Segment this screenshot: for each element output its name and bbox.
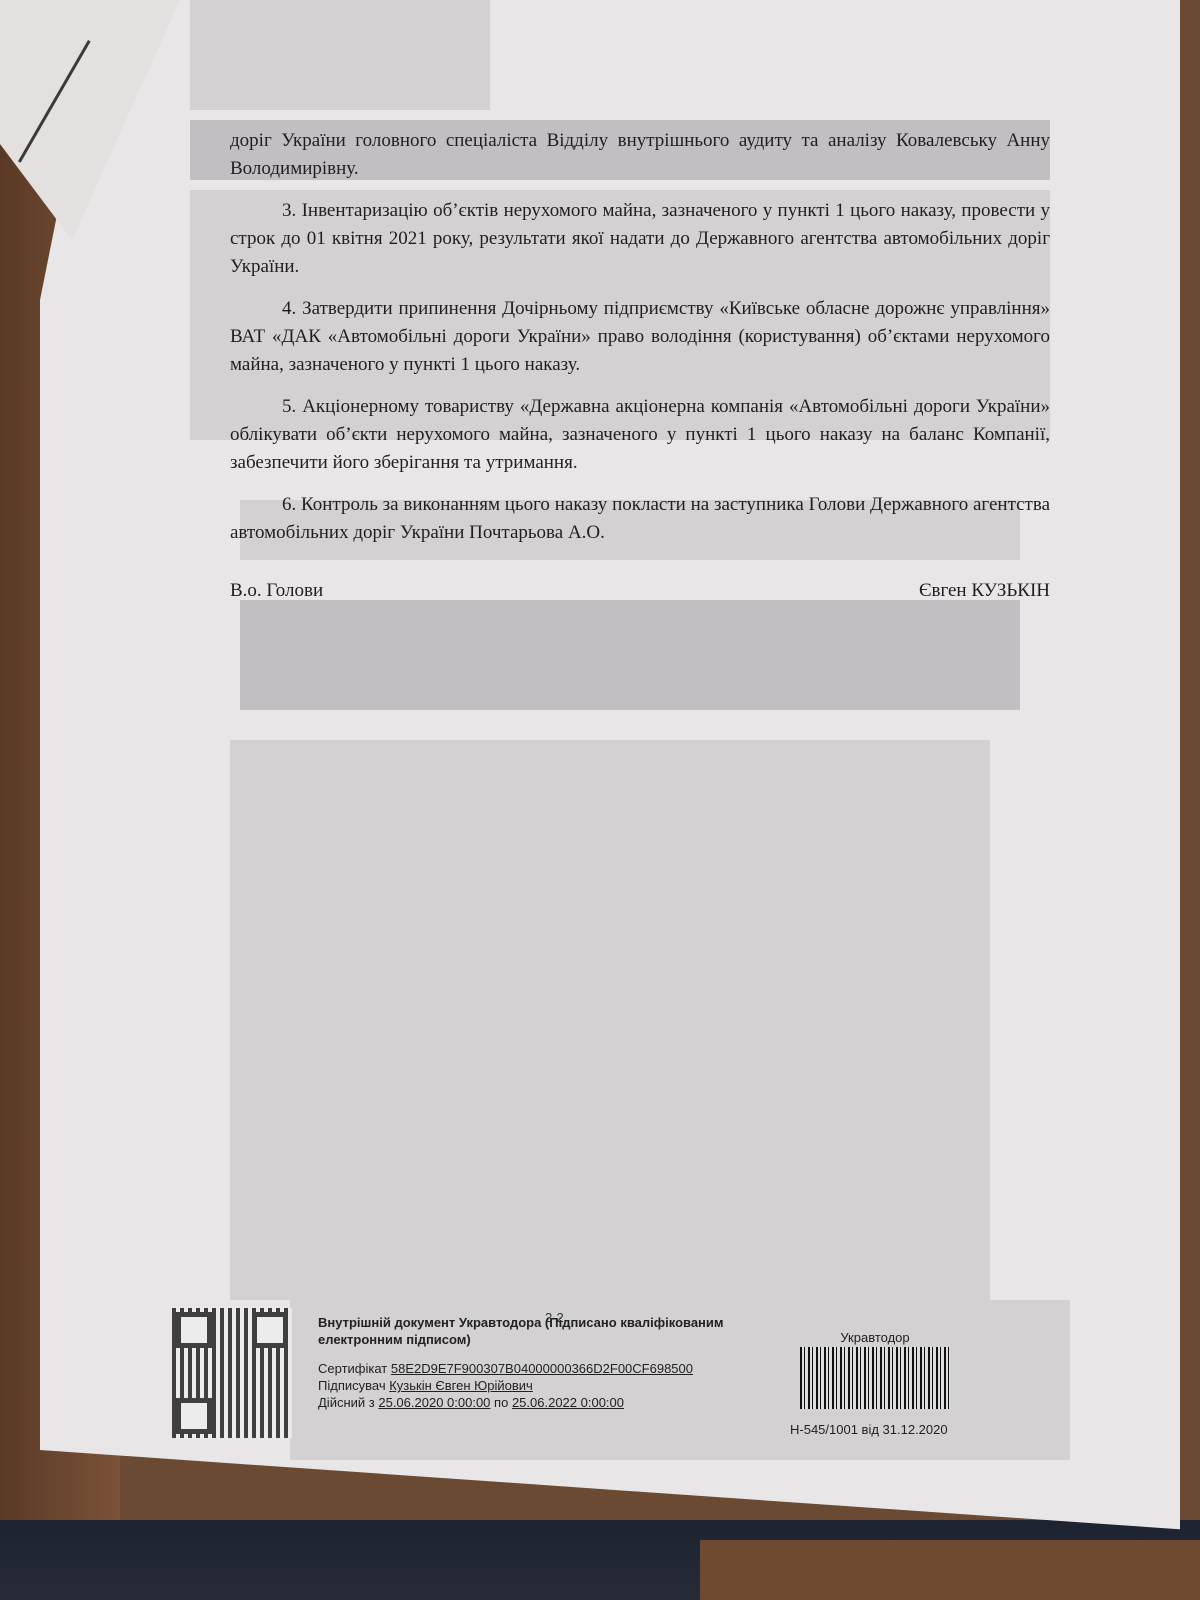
barcode-icon: [800, 1347, 950, 1409]
stamp-title: Внутрішній документ Укравтодора (Підписа…: [318, 1314, 788, 1348]
valid-to: 25.06.2022 0:00:00: [512, 1395, 624, 1410]
document-body: доріг України головного спеціаліста Відд…: [230, 127, 1050, 561]
valid-from: 25.06.2020 0:00:00: [378, 1395, 490, 1410]
validity-line: Дійсний з 25.06.2020 0:00:00 по 25.06.20…: [318, 1394, 788, 1411]
barcode-block: Укравтодор: [800, 1330, 950, 1409]
certificate-line: Сертифікат 58E2D9E7F900307B04000000366D2…: [318, 1360, 788, 1377]
paragraph-5: 5. Акціонерному товариству «Державна акц…: [230, 393, 1050, 477]
document-number: Н-545/1001 від 31.12.2020: [790, 1422, 948, 1437]
desk-wood-background: [700, 1540, 1200, 1600]
signatory-name: Євген КУЗЬКІН: [919, 580, 1050, 602]
signer-value: Кузькін Євген Юрійович: [389, 1378, 533, 1393]
paragraph-4: 4. Затвердити припинення Дочірньому підп…: [230, 295, 1050, 379]
stamp-info: Внутрішній документ Укравтодора (Підписа…: [318, 1314, 788, 1411]
barcode-caption: Укравтодор: [800, 1330, 950, 1345]
qr-code-icon: [172, 1308, 292, 1438]
e-signature-stamp: Внутрішній документ Укравтодора (Підписа…: [160, 1300, 970, 1450]
paragraph-6: 6. Контроль за виконанням цього наказу п…: [230, 491, 1050, 547]
certificate-value: 58E2D9E7F900307B04000000366D2F00CF698500: [391, 1361, 693, 1376]
signer-line: Підписувач Кузькін Євген Юрійович: [318, 1377, 788, 1394]
signatory-position: В.о. Голови: [230, 580, 323, 602]
paragraph-3: 3. Інвентаризацію об’єктів нерухомого ма…: [230, 197, 1050, 281]
paragraph-2-continued: доріг України головного спеціаліста Відд…: [230, 127, 1050, 183]
signature-block: В.о. Голови Євген КУЗЬКІН: [230, 580, 1050, 602]
